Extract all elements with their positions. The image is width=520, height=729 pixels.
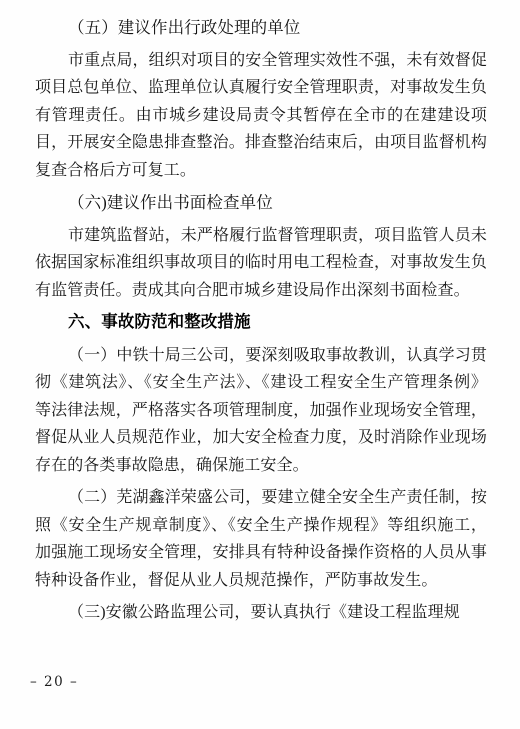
paragraph: （一）中铁十局三公司，要深刻吸取事故教训，认真学习贯彻《建筑法》、《安全生产法》… (35, 342, 487, 480)
paragraph-line: 存在的各类事故隐患，确保施工安全。 (35, 452, 487, 480)
paragraph-line: 特种设备作业，督促从业人员规范操作，严防事故发生。 (35, 567, 487, 595)
paragraph-line: （三)安徽公路监理公司，要认真执行《建设工程监理规范》、 (35, 599, 487, 627)
paragraph-line: 市建筑监督站，未严格履行监督管理职责，项目监管人员未 (35, 222, 487, 250)
heading-line: 六、事故防范和整改措施 (35, 309, 487, 337)
document-body: （五）建议作出行政处理的单位市重点局，组织对项目的安全管理实效性不强，未有效督促… (35, 14, 487, 627)
paragraph-line: 复查合格后方可复工。 (35, 157, 487, 185)
paragraph-line: 照《安全生产规章制度》、《安全生产操作规程》等组织施工， (35, 512, 487, 540)
paragraph-line: （二）芜湖鑫洋荣盛公司，要建立健全安全生产责任制，按 (35, 484, 487, 512)
paragraph-line: 依据国家标准组织事故项目的临时用电工程检查，对事故发生负 (35, 249, 487, 277)
paragraph-line: 项目总包单位、监理单位认真履行安全管理职责，对事故发生负 (35, 74, 487, 102)
paragraph-line: 督促从业人员规范作业，加大安全检查力度，及时消除作业现场 (35, 424, 487, 452)
paragraph: 市重点局，组织对项目的安全管理实效性不强，未有效督促项目总包单位、监理单位认真履… (35, 47, 487, 185)
subheading: （五）建议作出行政处理的单位 (35, 14, 487, 42)
paragraph-line: 加强施工现场安全管理，安排具有特种设备操作资格的人员从事 (35, 539, 487, 567)
paragraph-line: 等法律法规，严格落实各项管理制度，加强作业现场安全管理， (35, 397, 487, 425)
heading-bold: 六、事故防范和整改措施 (35, 309, 487, 337)
heading-line: （六)建议作出书面检查单位 (35, 189, 487, 217)
paragraph-line: 有监管责任。责成其向合肥市城乡建设局作出深刻书面检查。 (35, 277, 487, 305)
paragraph-line: 彻《建筑法》、《安全生产法》、《建设工程安全生产管理条例》 (35, 369, 487, 397)
paragraph: （三)安徽公路监理公司，要认真执行《建设工程监理规范》、 (35, 599, 487, 627)
paragraph-line: 市重点局，组织对项目的安全管理实效性不强，未有效督促 (35, 47, 487, 75)
document-page: （五）建议作出行政处理的单位市重点局，组织对项目的安全管理实效性不强，未有效督促… (0, 0, 520, 729)
paragraph-line: （一）中铁十局三公司，要深刻吸取事故教训，认真学习贯 (35, 342, 487, 370)
heading-line: （五）建议作出行政处理的单位 (35, 14, 487, 42)
page-number: – 20 – (30, 674, 78, 690)
paragraph-line: 目，开展安全隐患排查整治。排查整治结束后，由项目监督机构 (35, 129, 487, 157)
paragraph: （二）芜湖鑫洋荣盛公司，要建立健全安全生产责任制，按照《安全生产规章制度》、《安… (35, 484, 487, 594)
subheading: （六)建议作出书面检查单位 (35, 189, 487, 217)
paragraph-line: 有管理责任。由市城乡建设局责令其暂停在全市的在建建设项 (35, 102, 487, 130)
paragraph: 市建筑监督站，未严格履行监督管理职责，项目监管人员未依据国家标准组织事故项目的临… (35, 222, 487, 305)
